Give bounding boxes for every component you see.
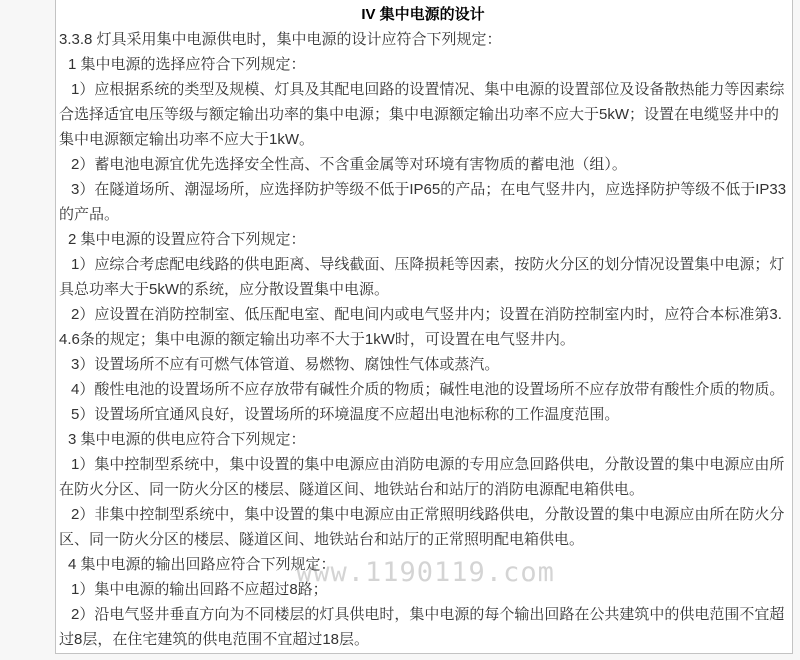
- section-title: IV 集中电源的设计: [59, 2, 787, 27]
- paragraph: 1）集中电源的输出回路不应超过8路；: [59, 577, 787, 602]
- paragraph: 4）酸性电池的设置场所不应存放带有碱性介质的物质；碱性电池的设置场所不应存放带有…: [59, 377, 787, 402]
- paragraph: 2）沿电气竖井垂直方向为不同楼层的灯具供电时，集中电源的每个输出回路在公共建筑中…: [59, 602, 787, 652]
- page-viewport: www.1190119.com IV 集中电源的设计 3.3.8 灯具采用集中电…: [0, 0, 800, 660]
- paragraph: 2 集中电源的设置应符合下列规定：: [59, 227, 787, 252]
- paragraph: 1）集中控制型系统中，集中设置的集中电源应由消防电源的专用应急回路供电，分散设置…: [59, 452, 787, 502]
- paragraph: 5）设置场所宜通风良好，设置场所的环境温度不应超出电池标称的工作温度范围。: [59, 402, 787, 427]
- paragraph: 3 集中电源的供电应符合下列规定：: [59, 427, 787, 452]
- document-panel: www.1190119.com IV 集中电源的设计 3.3.8 灯具采用集中电…: [55, 0, 793, 654]
- paragraph: 2）蓄电池电源宜优先选择安全性高、不含重金属等对环境有害物质的蓄电池（组）。: [59, 152, 787, 177]
- paragraph: 1）应综合考虑配电线路的供电距离、导线截面、压降损耗等因素，按防火分区的划分情况…: [59, 252, 787, 302]
- paragraph: 1 集中电源的选择应符合下列规定：: [59, 52, 787, 77]
- paragraph: 2）应设置在消防控制室、低压配电室、配电间内或电气竖井内；设置在消防控制室内时，…: [59, 302, 787, 352]
- paragraph: 2）非集中控制型系统中，集中设置的集中电源应由正常照明线路供电，分散设置的集中电…: [59, 502, 787, 552]
- paragraph: 4 集中电源的输出回路应符合下列规定：: [59, 552, 787, 577]
- paragraph: 3）设置场所不应有可燃气体管道、易燃物、腐蚀性气体或蒸汽。: [59, 352, 787, 377]
- paragraph: 3）在隧道场所、潮湿场所，应选择防护等级不低于IP65的产品；在电气竖井内，应选…: [59, 177, 787, 227]
- document-body: IV 集中电源的设计 3.3.8 灯具采用集中电源供电时，集中电源的设计应符合下…: [59, 2, 787, 652]
- paragraph: 3.3.8 灯具采用集中电源供电时，集中电源的设计应符合下列规定：: [59, 27, 787, 52]
- paragraph: 1）应根据系统的类型及规模、灯具及其配电回路的设置情况、集中电源的设置部位及设备…: [59, 77, 787, 152]
